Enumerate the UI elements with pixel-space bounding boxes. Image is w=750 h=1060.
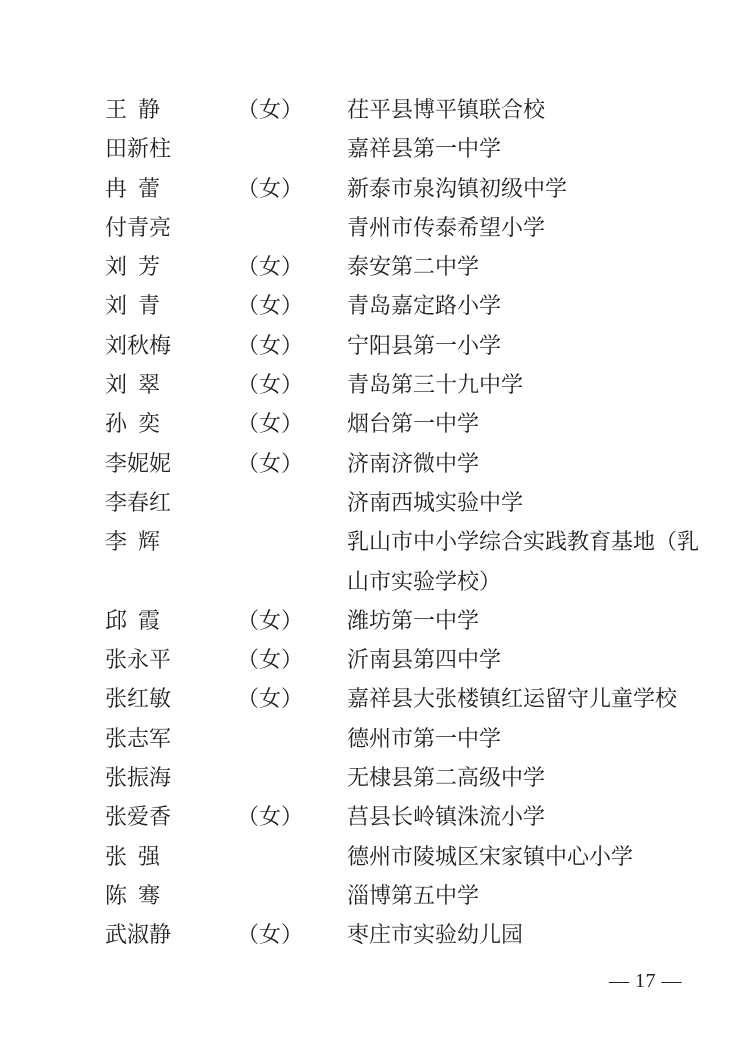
teacher-name: 张志军 <box>105 719 237 758</box>
teacher-name: 刘 翠 <box>105 365 237 404</box>
teacher-name: 张永平 <box>105 640 237 679</box>
school-name: 嘉祥县第一中学 <box>347 129 700 168</box>
teacher-name: 刘秋梅 <box>105 326 237 365</box>
school-name: 沂南县第四中学 <box>347 640 700 679</box>
school-name: 无棣县第二高级中学 <box>347 758 700 797</box>
teacher-name: 陈 骞 <box>105 876 237 915</box>
teacher-name: 刘 芳 <box>105 247 237 286</box>
teacher-name: 刘 青 <box>105 286 237 325</box>
gender-label: （女） <box>237 247 347 286</box>
gender-label: （女） <box>237 797 347 836</box>
roster-row: 李妮妮（女）济南济微中学 <box>105 444 700 483</box>
teacher-name: 张振海 <box>105 758 237 797</box>
roster-row: 刘 芳（女）泰安第二中学 <box>105 247 700 286</box>
school-name: 青岛第三十九中学 <box>347 365 700 404</box>
page-number: — 17 — <box>609 966 682 996</box>
roster-row: 田新柱嘉祥县第一中学 <box>105 129 700 168</box>
gender-label: （女） <box>237 601 347 640</box>
teacher-name: 付青亮 <box>105 208 237 247</box>
school-name: 济南济微中学 <box>347 444 700 483</box>
teacher-name: 李妮妮 <box>105 444 237 483</box>
teacher-name: 冉 蕾 <box>105 169 237 208</box>
school-name: 泰安第二中学 <box>347 247 700 286</box>
teacher-name: 张 强 <box>105 837 237 876</box>
teacher-name: 张红敏 <box>105 679 237 718</box>
school-name: 烟台第一中学 <box>347 404 700 443</box>
school-name: 新泰市泉沟镇初级中学 <box>347 169 700 208</box>
roster-list: 王 静（女）茌平县博平镇联合校田新柱嘉祥县第一中学冉 蕾（女）新泰市泉沟镇初级中… <box>105 90 700 955</box>
school-name: 青岛嘉定路小学 <box>347 286 700 325</box>
school-name: 济南西城实验中学 <box>347 483 700 522</box>
teacher-name: 邱 霞 <box>105 601 237 640</box>
roster-row: 王 静（女）茌平县博平镇联合校 <box>105 90 700 129</box>
gender-label: （女） <box>237 90 347 129</box>
roster-row: 陈 骞淄博第五中学 <box>105 876 700 915</box>
school-name: 宁阳县第一小学 <box>347 326 700 365</box>
gender-label: （女） <box>237 286 347 325</box>
school-name: 德州市第一中学 <box>347 719 700 758</box>
document-page: 王 静（女）茌平县博平镇联合校田新柱嘉祥县第一中学冉 蕾（女）新泰市泉沟镇初级中… <box>0 0 750 1060</box>
school-name: 嘉祥县大张楼镇红运留守儿童学校 <box>347 679 700 718</box>
roster-row: 张红敏（女）嘉祥县大张楼镇红运留守儿童学校 <box>105 679 700 718</box>
roster-row: 张志军德州市第一中学 <box>105 719 700 758</box>
teacher-name: 王 静 <box>105 90 237 129</box>
roster-row: 武淑静（女）枣庄市实验幼儿园 <box>105 915 700 954</box>
teacher-name: 李春红 <box>105 483 237 522</box>
roster-row: 孙 奕（女）烟台第一中学 <box>105 404 700 443</box>
gender-label: （女） <box>237 444 347 483</box>
gender-label: （女） <box>237 365 347 404</box>
teacher-name: 武淑静 <box>105 915 237 954</box>
roster-row: 刘 青（女）青岛嘉定路小学 <box>105 286 700 325</box>
roster-row: 张爱香（女）莒县长岭镇洙流小学 <box>105 797 700 836</box>
school-name: 淄博第五中学 <box>347 876 700 915</box>
roster-row: 刘 翠（女）青岛第三十九中学 <box>105 365 700 404</box>
school-name: 青州市传泰希望小学 <box>347 208 700 247</box>
school-name: 枣庄市实验幼儿园 <box>347 915 700 954</box>
teacher-name: 李 辉 <box>105 522 237 561</box>
roster-row: 李 辉乳山市中小学综合实践教育基地（乳山市实验学校） <box>105 522 700 601</box>
school-name: 茌平县博平镇联合校 <box>347 90 700 129</box>
school-name: 乳山市中小学综合实践教育基地（乳山市实验学校） <box>347 522 700 601</box>
school-name: 潍坊第一中学 <box>347 601 700 640</box>
gender-label: （女） <box>237 169 347 208</box>
roster-row: 张永平（女）沂南县第四中学 <box>105 640 700 679</box>
roster-row: 冉 蕾（女）新泰市泉沟镇初级中学 <box>105 169 700 208</box>
roster-row: 邱 霞（女）潍坊第一中学 <box>105 601 700 640</box>
gender-label: （女） <box>237 326 347 365</box>
gender-label: （女） <box>237 679 347 718</box>
roster-row: 张 强德州市陵城区宋家镇中心小学 <box>105 837 700 876</box>
roster-row: 刘秋梅（女）宁阳县第一小学 <box>105 326 700 365</box>
roster-row: 付青亮青州市传泰希望小学 <box>105 208 700 247</box>
roster-row: 李春红济南西城实验中学 <box>105 483 700 522</box>
teacher-name: 孙 奕 <box>105 404 237 443</box>
roster-row: 张振海无棣县第二高级中学 <box>105 758 700 797</box>
teacher-name: 张爱香 <box>105 797 237 836</box>
gender-label: （女） <box>237 404 347 443</box>
gender-label: （女） <box>237 640 347 679</box>
school-name: 莒县长岭镇洙流小学 <box>347 797 700 836</box>
school-name: 德州市陵城区宋家镇中心小学 <box>347 837 700 876</box>
teacher-name: 田新柱 <box>105 129 237 168</box>
gender-label: （女） <box>237 915 347 954</box>
